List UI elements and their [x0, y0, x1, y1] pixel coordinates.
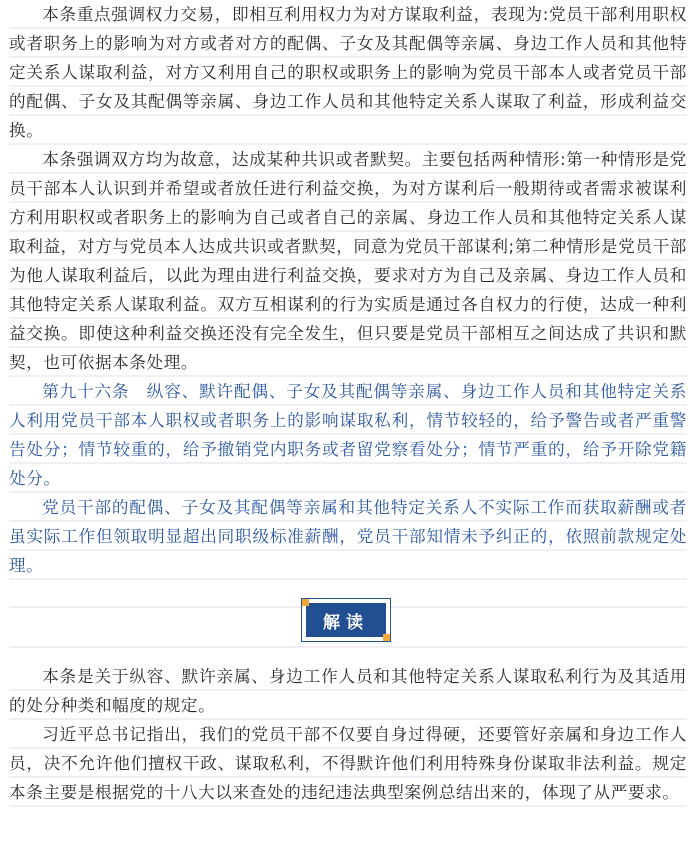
paragraph-interpretation-scope: 本条是关于纵容、默许亲属、身边工作人员和其他特定关系人谋取私利行为及其适用的处分…: [9, 662, 687, 720]
corner-accent-icon: [383, 634, 390, 641]
paragraph-power-exchange: 本条重点强调权力交易，即相互利用权力为对方谋取利益，表现为:党员干部利用职权或者…: [9, 0, 687, 145]
corner-accent-icon: [302, 599, 309, 606]
article-96-clause-2: 党员干部的配偶、子女及其配偶等亲属和其他特定关系人不实际工作而获取薪酬或者虽实际…: [9, 493, 687, 580]
paragraph-interpretation-quote: 习近平总书记指出，我们的党员干部不仅要自身过得硬，还要管好亲属和身边工作人员，决…: [9, 720, 687, 807]
document-body: 本条重点强调权力交易，即相互利用权力为对方谋取利益，表现为:党员干部利用职权或者…: [9, 0, 687, 807]
interpretation-section-header: 解读: [9, 584, 687, 662]
divider: [9, 646, 687, 648]
interpretation-badge: 解读: [301, 598, 391, 642]
article-96-clause-1: 第九十六条 纵容、默许配偶、子女及其配偶等亲属、身边工作人员和其他特定关系人利用…: [9, 377, 687, 493]
interpretation-badge-label: 解读: [306, 603, 386, 637]
paragraph-mutual-intent: 本条强调双方均为故意，达成某种共识或者默契。主要包括两种情形:第一种情形是党员干…: [9, 145, 687, 377]
